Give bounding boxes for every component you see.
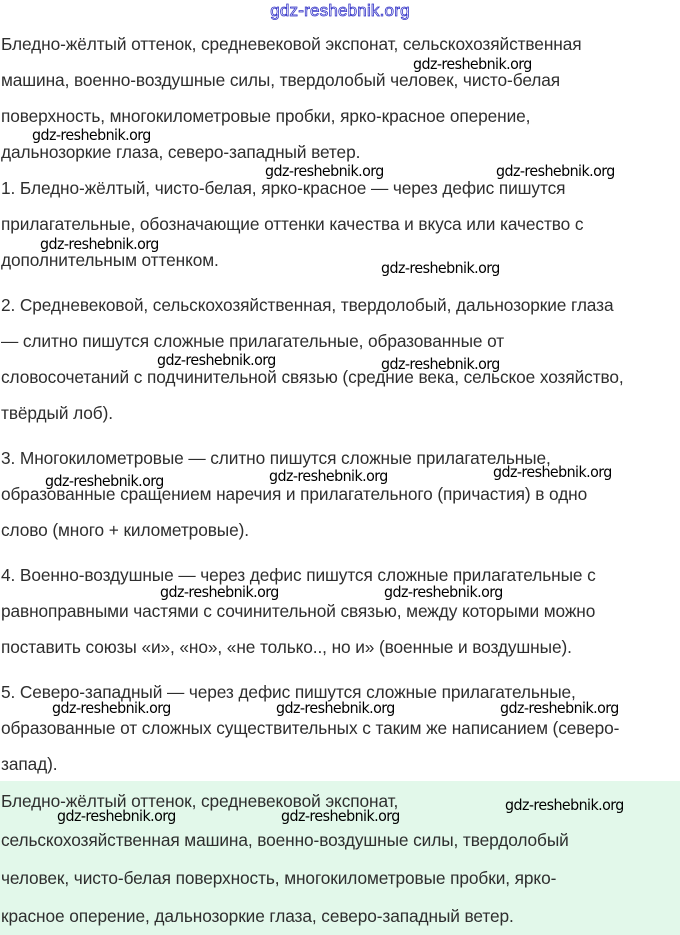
watermark: gdz-reshebnik.org — [157, 351, 276, 369]
task-line: машина, военно-воздушные силы, твердолоб… — [1, 70, 560, 91]
site-watermark-header: gdz-reshebnik.org — [0, 1, 680, 21]
answer-line: красное оперение, дальнозоркие глаза, се… — [1, 906, 514, 927]
task-line: дальнозоркие глаза, северо-западный вете… — [1, 142, 360, 163]
watermark: gdz-reshebnik.org — [160, 583, 279, 601]
explanation-5-line: образованные от сложных существительных … — [1, 718, 619, 739]
watermark: gdz-reshebnik.org — [496, 162, 615, 180]
explanation-3-line: слово (много + километровые). — [1, 520, 249, 541]
explanation-5-line: запад). — [1, 754, 57, 775]
explanation-4-line: равноправными частями с сочинительной св… — [1, 601, 595, 622]
watermark: gdz-reshebnik.org — [265, 162, 384, 180]
watermark: gdz-reshebnik.org — [413, 55, 532, 73]
explanation-2-line: словосочетаний с подчинительной связью (… — [1, 367, 624, 388]
watermark: gdz-reshebnik.org — [493, 463, 612, 481]
explanation-2-line: — слитно пишутся сложные прилагательные,… — [1, 331, 504, 352]
watermark: gdz-reshebnik.org — [500, 699, 619, 717]
explanation-2-line: твёрдый лоб). — [1, 403, 113, 424]
task-line: Бледно-жёлтый оттенок, средневековой экс… — [1, 34, 581, 55]
explanation-2-line: 2. Средневековой, сельскохозяйственная, … — [1, 295, 613, 316]
explanation-1-line: дополнительным оттенком. — [1, 250, 219, 271]
task-line: поверхность, многокилометровые пробки, я… — [1, 106, 530, 127]
explanation-1-line: 1. Бледно-жёлтый, чисто-белая, ярко-крас… — [1, 178, 565, 199]
watermark: gdz-reshebnik.org — [281, 807, 400, 825]
watermark: gdz-reshebnik.org — [57, 807, 176, 825]
watermark: gdz-reshebnik.org — [269, 467, 388, 485]
watermark: gdz-reshebnik.org — [381, 259, 500, 277]
watermark: gdz-reshebnik.org — [381, 355, 500, 373]
watermark: gdz-reshebnik.org — [32, 126, 151, 144]
explanation-4-line: 4. Военно-воздушные — через дефис пишутс… — [1, 565, 596, 586]
watermark: gdz-reshebnik.org — [276, 699, 395, 717]
watermark: gdz-reshebnik.org — [384, 583, 503, 601]
explanation-4-line: поставить союзы «и», «но», «не только..,… — [1, 637, 572, 658]
watermark: gdz-reshebnik.org — [505, 796, 624, 814]
explanation-1-line: прилагательные, обозначающие оттенки кач… — [1, 214, 583, 235]
explanation-3-line: 3. Многокилометровые — слитно пишутся сл… — [1, 448, 551, 469]
watermark: gdz-reshebnik.org — [45, 472, 164, 490]
answer-line: сельскохозяйственная машина, военно-возд… — [1, 830, 569, 851]
watermark: gdz-reshebnik.org — [40, 235, 159, 253]
watermark: gdz-reshebnik.org — [52, 699, 171, 717]
answer-line: человек, чисто-белая поверхность, многок… — [1, 868, 556, 889]
